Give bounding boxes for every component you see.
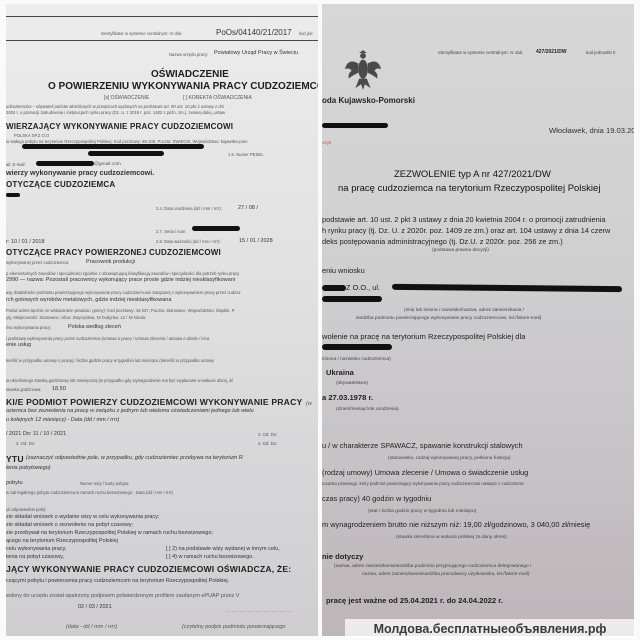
option-4: [ ] 4) w ramach ruchu bezwizowego. xyxy=(166,554,254,560)
identifier-value: PoOs/04140/21/2017 xyxy=(216,28,292,37)
choose-note: yć odpowiednie pole) xyxy=(6,507,45,512)
wage-label: ia określonego stawką godzinową lub mies… xyxy=(6,378,233,383)
legal-basis: deks postępowania administracyjnego (tj.… xyxy=(322,237,563,246)
legal-caption: (podstawa prawna decyzji) xyxy=(432,248,489,253)
period-1: / 2021 Do: 11 / 10 / 2021 xyxy=(6,431,66,437)
signature-date: 02 / 03 / 2021 xyxy=(78,604,112,610)
visa-number-label: Numer wizy / karty pobytu: xyxy=(80,481,129,486)
stay-type-label: pobytu xyxy=(6,480,23,486)
redaction xyxy=(36,161,94,166)
redaction xyxy=(322,123,388,128)
hours-line: czas pracy) 40 godzin w tygodniu xyxy=(322,494,431,503)
stay-note: lenia pobytowego) xyxy=(6,465,51,471)
legal-basis: podstawie art. 10 ust. 2 pkt 3 ustawy z … xyxy=(322,215,605,224)
office-value: Powiatowy Urząd Pracy w Świeciu xyxy=(214,50,298,56)
position-line: u / w charakterze SPAWACZ, spawanie kons… xyxy=(322,441,523,450)
company-name: POLSKA SP.Z O.O xyxy=(14,133,49,138)
birth-date-value: a 27.03.1978 r. xyxy=(322,393,373,402)
identifier-label: Identyfikator w systemie centralnym: nr … xyxy=(101,31,182,36)
section-stay-note: (zaznaczyć odpowiednie pole, w przypadku… xyxy=(26,455,243,461)
option-d: ącego na terytorium Rzeczypospolitej Pol… xyxy=(6,538,118,544)
checkbox-correction: [ ] KOREKTA OŚWIADCZENIA xyxy=(183,95,252,101)
series-label: 2.7. Seria i num xyxy=(156,229,185,234)
position-label: wykonywanej przez cudzoziemca: xyxy=(6,260,69,265)
identifier-value: 427/2021/DW xyxy=(536,49,567,55)
activity-value: rch gotowych wyrobów metalowych, gdzie i… xyxy=(6,297,171,303)
birth-date-label: 2.4. Data urodzenia (dd / mm / rrrr): xyxy=(156,206,222,211)
na-caption: nazwa, adres zamieszkania/siedziba praco… xyxy=(362,572,529,577)
permit-title: ZEZWOLENIE typ A nr 427/2021/DW xyxy=(394,169,551,180)
applicant-caption: siedziba podmiotu powierzającego wykonyw… xyxy=(356,316,541,321)
redaction xyxy=(392,284,622,292)
contract-value: enie usług xyxy=(6,342,31,348)
period-4: 4. Od: Do: xyxy=(258,441,277,446)
email-label: ail: E-mail: xyxy=(6,162,26,167)
identifier-suffix: kod jed xyxy=(299,31,313,36)
option-2: [ ] 2) na podstawie wizy wydanej w innym… xyxy=(166,546,280,552)
workplace-address: yty, Miejscowość: Stanowice, Ulica: Zwyc… xyxy=(6,315,146,320)
work-place-value: Polska według zleceń xyxy=(68,324,121,330)
visa-free-label: tu lub legalnego pobytu cudzoziemca w ra… xyxy=(6,490,173,495)
stamp-mark: ożyk xyxy=(322,140,331,145)
pesel-label: 1.5. Numer PESEL: xyxy=(228,152,265,157)
hours-label: kreślić w przypadku umowy o pracę) / lic… xyxy=(6,358,214,363)
wage-caption: (stawka określona w walucie polskiej za … xyxy=(396,535,507,540)
option-b: zie składał wniosek o zezwolenie na poby… xyxy=(6,522,133,528)
activity-label: asy działalności podmiotu powierzającego… xyxy=(6,290,241,295)
option-3: lenia na pobyt czasowy, xyxy=(6,554,64,560)
watermark-text: Молдова.бесплатныеобъявления.рф xyxy=(345,619,635,639)
birth-date-value: 27 / 08 / xyxy=(238,205,258,211)
section-work: OTYCZĄCE PRACY POWIERZONEJ CUDZOZIEMCOWI xyxy=(6,248,221,257)
option-c: zie przebywał na terytorium Rzeczypospol… xyxy=(6,530,213,536)
redaction xyxy=(322,285,346,291)
option-1: celu wykonywania pracy, xyxy=(6,546,66,552)
identifier-label: Identyfikator w systemie centralnym: nr … xyxy=(438,50,523,55)
work-permit-document: Identyfikator w systemie centralnym: nr … xyxy=(322,4,634,636)
contract-label: j podstawę wykonywania pracy przez cudzo… xyxy=(6,336,209,341)
date-caption: (data - dd / mm / rrrr) xyxy=(66,624,117,630)
wage-value: 18.50 xyxy=(52,386,66,392)
na-caption: (nazwa, adres zamieszkania/siedziba podm… xyxy=(334,564,531,569)
polish-eagle-emblem-icon xyxy=(344,50,382,92)
divider xyxy=(6,16,318,17)
position-value: Pracownik produkcji xyxy=(86,259,135,265)
issuer-name: oda Kujawsko-Pomorski xyxy=(322,96,415,105)
not-applicable: nie dotyczy xyxy=(322,552,363,561)
redaction xyxy=(192,226,240,231)
redaction xyxy=(22,144,204,149)
identifier-suffix: kod jednostki 0 xyxy=(586,50,615,55)
application-label: eniu wniosku xyxy=(322,266,365,275)
section-employer: WIERZAJĄCY WYKONYWANIE PRACY CUDZOZIEMCO… xyxy=(6,122,233,131)
work-place-label: ńsu wykonywania pracy: xyxy=(6,325,51,330)
checkbox-declaration: [x] OŚWIADCZENIE xyxy=(104,95,149,101)
issue-date: r: 10 / 01 / 2018 xyxy=(6,239,45,245)
option-a: zie składał wniosek o wydanie wizy w cel… xyxy=(6,514,159,520)
declaration-document: Identyfikator w systemie centralnym: nr … xyxy=(6,4,318,636)
photo-collage: Identyfikator w systemie centralnym: nr … xyxy=(0,0,640,640)
section-period-suffix: (w xyxy=(306,401,312,407)
divider xyxy=(6,40,318,41)
redaction xyxy=(322,296,382,302)
citizenship-value: Ukraina xyxy=(326,368,354,377)
period-3: 3. Od: Do: xyxy=(16,441,35,446)
section-stay: YTU xyxy=(6,454,24,464)
declare-text: czącymi pobytu i powierzenia pracy cudzo… xyxy=(6,578,229,584)
classification-label: p elementarnych zawodów i specjalności z… xyxy=(6,271,239,276)
workplace-address: Podać adres łącznie ze wskazaniem powiat… xyxy=(6,308,235,313)
redaction xyxy=(322,344,392,350)
entrust-statement: wierzy wykonywanie pracy cudzoziemcowi. xyxy=(6,168,154,177)
position-caption: (stanowisko, rodzaj wykonywanej pracy, p… xyxy=(388,456,511,461)
redaction xyxy=(88,151,164,156)
applicant-caption: (imię lub imiona i nazwisko/nazwa, adres… xyxy=(404,308,524,313)
hours-caption: (etat / liczba godzin pracy w tygodniu l… xyxy=(368,509,476,514)
section-period: KI/E PODMIOT POWIERZY CUDZOZIEMCOWI WYKO… xyxy=(6,397,302,407)
place-date: Włocławek, dnia 19.03.20 xyxy=(549,126,634,135)
redaction xyxy=(6,193,20,197)
section-foreigner: OTYCZĄCE CUDZOZIEMCA xyxy=(6,180,115,189)
section-declare: JĄCY WYKONYWANIE PRACY CUDZOZIEMCOWI OŚW… xyxy=(6,564,291,574)
email-value: @gmail.com xyxy=(94,162,121,167)
office-label: Nazwa urzędu pracy: xyxy=(169,52,208,57)
permit-for-line: wolenie na pracę na terytorium Rzeczypos… xyxy=(322,332,525,341)
period-description: u kolejnych 12 miesięcy) - Data (dd / mm… xyxy=(6,417,119,423)
permit-subtitle: na pracę cudzoziemca na terytorium Rzecz… xyxy=(338,183,600,194)
document-title: OŚWIADCZENIE xyxy=(151,69,229,80)
valid-date-value: 15 / 01 / 2028 xyxy=(239,238,273,244)
classification-value: 2990 — nazwa: Pozostali pracownicy wykon… xyxy=(6,277,235,283)
legal-basis: h rynku pracy (tj. Dz. U. z 2020r. poz. … xyxy=(322,226,610,235)
validity-line: pracę jest ważne od 25.04.2021 r. do 24.… xyxy=(326,596,503,605)
epuap-text: esłony do urzędu został opatrzony podpis… xyxy=(6,593,239,599)
document-subtitle: O POWIERZENIU WYKONYWANIA PRACY CUDZOZIE… xyxy=(48,81,318,92)
contract-line: (rodzaj umowy) Umowa zlecenie / Umowa o … xyxy=(322,468,528,477)
signature-caption: (czytelny podpis podmiotu powierzającego xyxy=(182,624,285,630)
citizenship-caption: (obywatelstwo) xyxy=(336,381,368,386)
foreigner-caption: imiona / nazwisko cudzoziemca) xyxy=(322,357,391,362)
valid-date-label: 2.8. Data ważności (dd / mm / rrrr): xyxy=(156,239,221,244)
signature-line: ......................... xyxy=(226,608,293,614)
period-2: 2. Od: Do: xyxy=(258,432,277,437)
intro-text: udzoziemców – obywateli państw określony… xyxy=(6,104,224,109)
intro-text: 2004 r. o promocji zatrudnienia i instyt… xyxy=(6,110,225,115)
applicant-value: Z O.O., ul. xyxy=(346,283,380,292)
wage-value-label: stawka godzinowa: xyxy=(6,387,41,392)
period-description: oziemca bez zezwolenia na pracę w związk… xyxy=(6,408,254,414)
wage-line: m wynagrodzeniem brutto nie niższym niż:… xyxy=(322,520,590,529)
contract-caption: tosunku prawnego, który podmiot powierza… xyxy=(322,481,524,486)
birth-caption: (dzień/miesiąc/rok urodzenia) xyxy=(336,407,399,412)
